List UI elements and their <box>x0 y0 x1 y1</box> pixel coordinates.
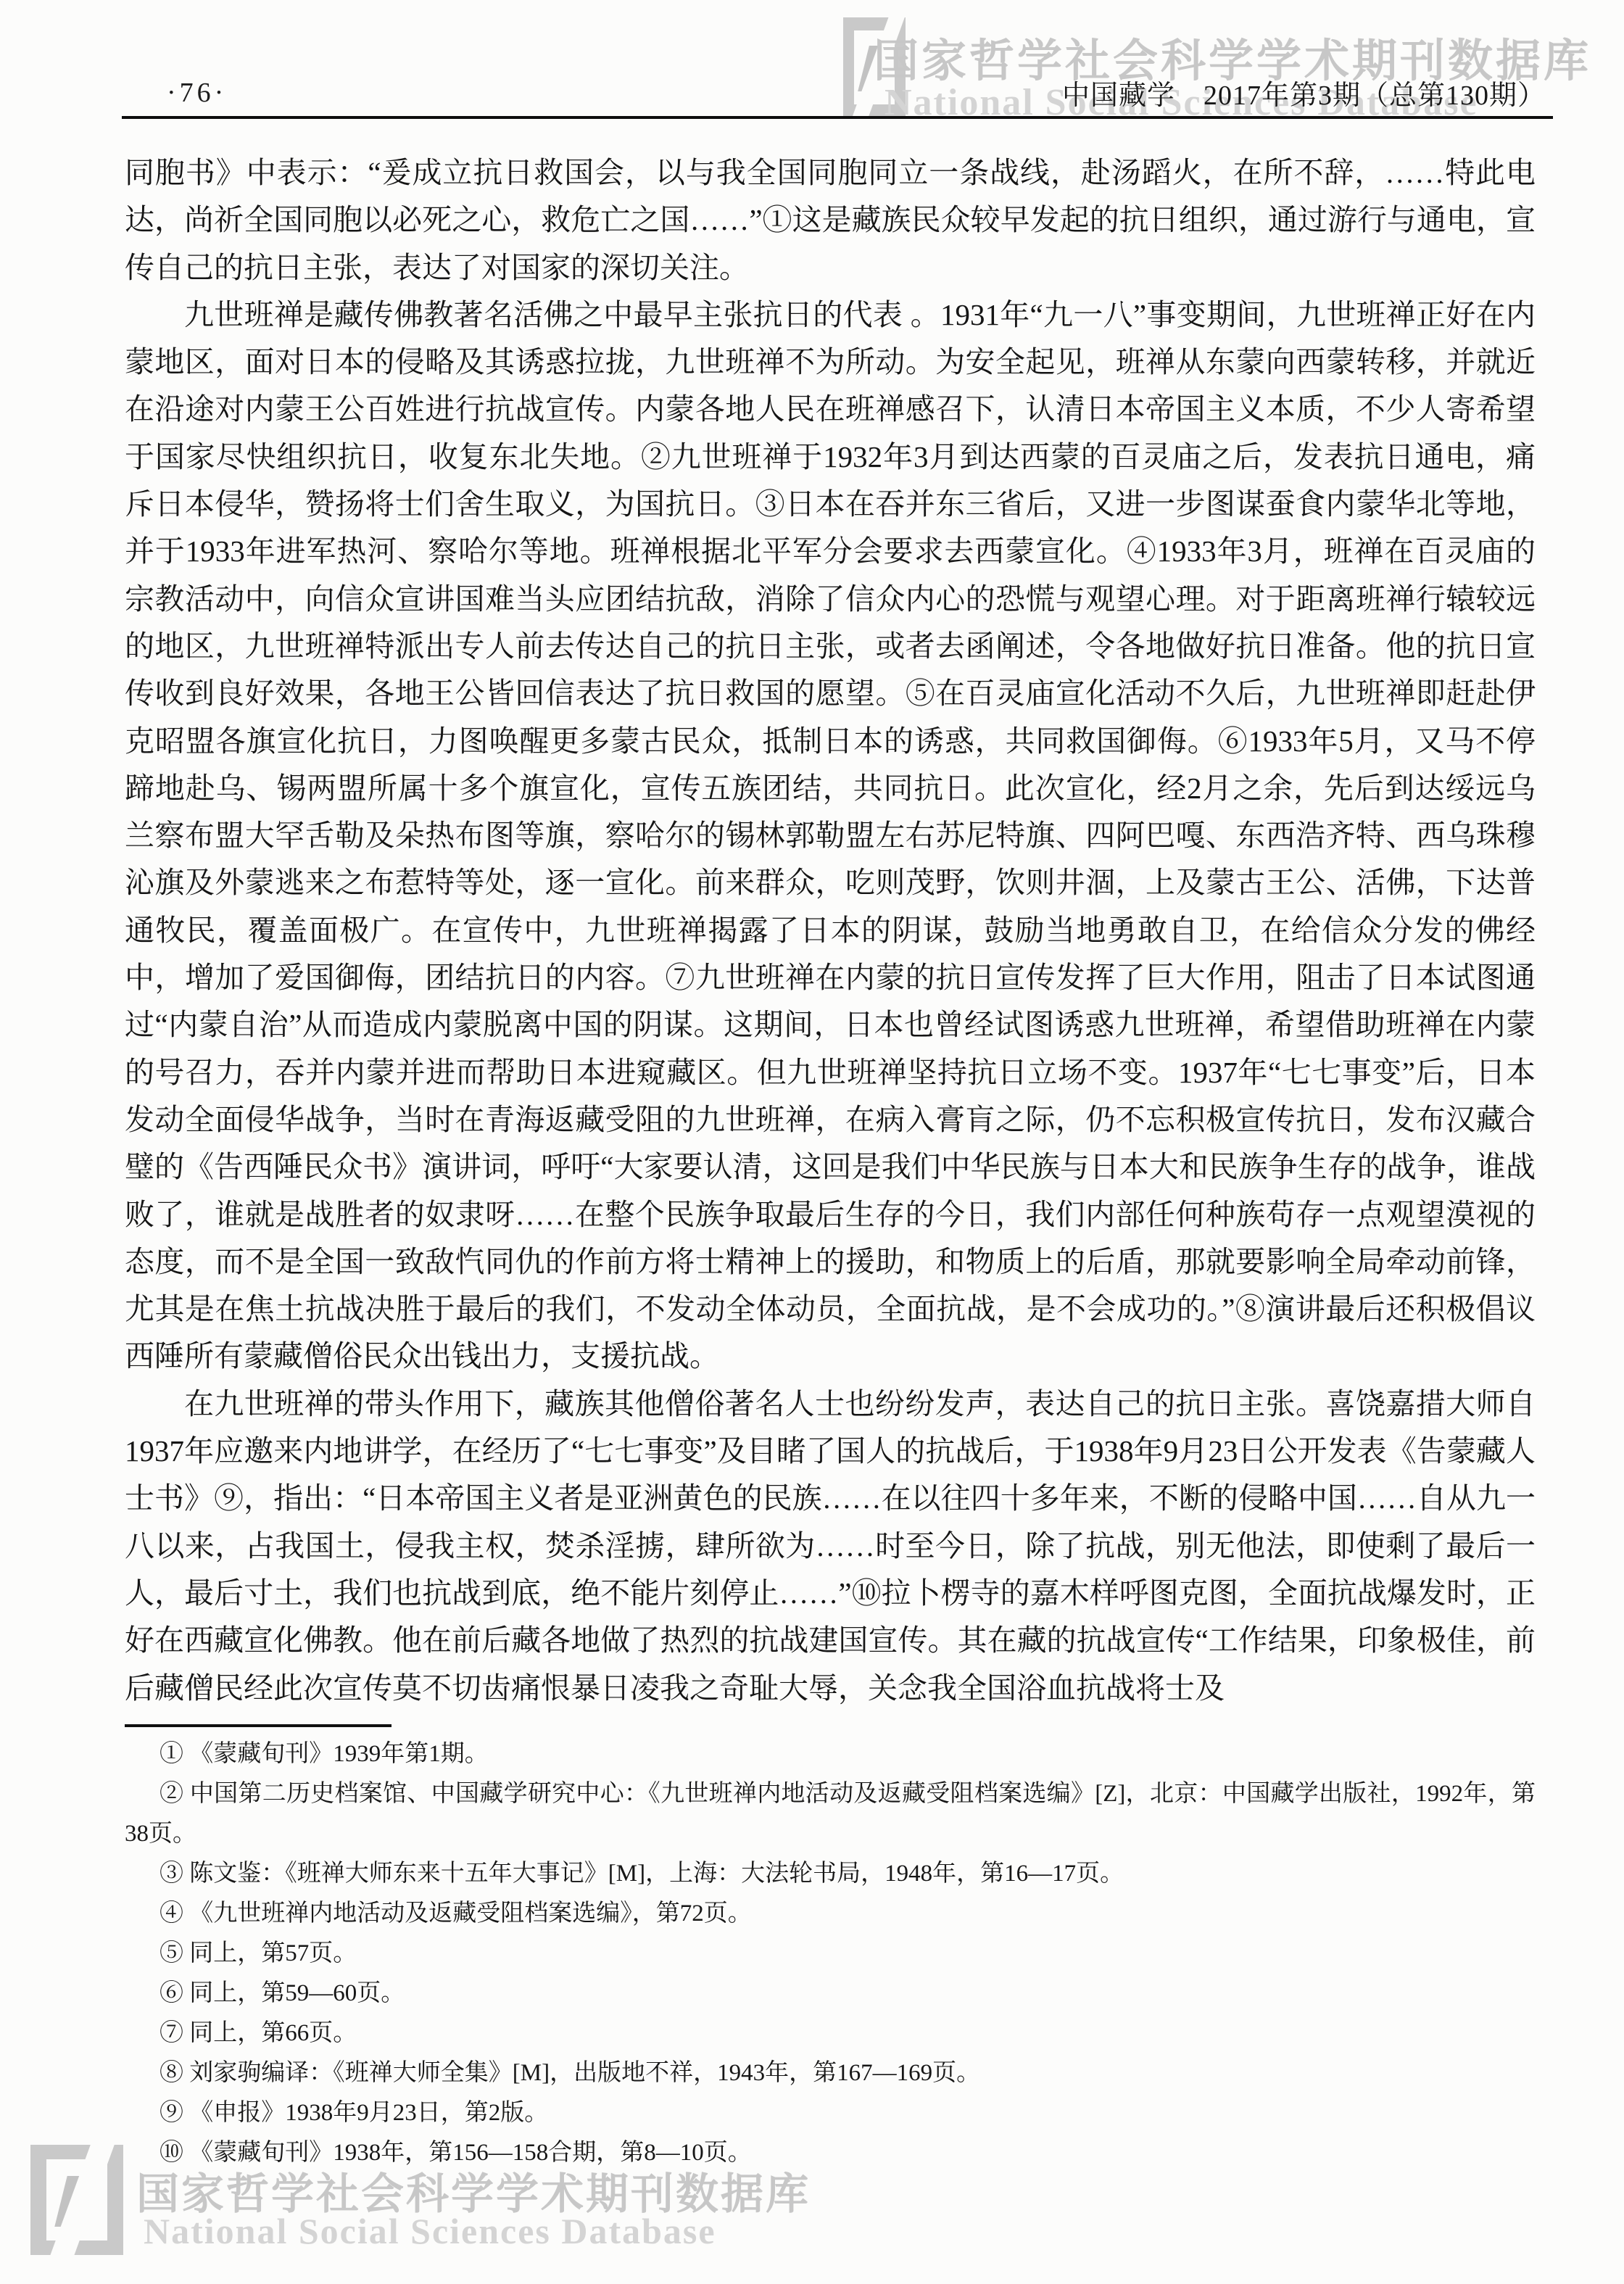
article-body: 同胞书》中表示：“爰成立抗日救国会，以与我全国同胞同立一条战线，赴汤蹈火，在所不… <box>125 149 1536 1712</box>
footnote-item: ⑩ 《蒙藏旬刊》1938年，第156—158合期，第8—10页。 <box>125 2133 1536 2173</box>
footnote-list: ① 《蒙藏旬刊》1939年第1期。② 中国第二历史档案馆、中国藏学研究中心：《九… <box>125 1734 1536 2173</box>
footnote-separator <box>125 1724 391 1727</box>
page-number: ·76· <box>167 77 227 109</box>
footnote-item: ② 中国第二历史档案馆、中国藏学研究中心：《九世班禅内地活动及返藏受阻档案选编》… <box>125 1774 1536 1854</box>
watermark-en-bottom: National Social Sciences Database <box>144 2210 716 2252</box>
footnote-item: ⑦ 同上，第66页。 <box>125 2014 1536 2053</box>
footnote-item: ③ 陈文鉴：《班禅大师东来十五年大事记》[M]，上海：大法轮书局，1948年，第… <box>125 1854 1536 1894</box>
footnote-item: ⑥ 同上，第59—60页。 <box>125 1974 1536 2014</box>
journal-issue-line: 中国藏学 2017年第3期（总第130期） <box>1062 73 1546 112</box>
footnote-item: ④ 《九世班禅内地活动及返藏受阻档案选编》，第72页。 <box>125 1894 1536 1934</box>
body-paragraph: 同胞书》中表示：“爰成立抗日救国会，以与我全国同胞同立一条战线，赴汤蹈火，在所不… <box>125 149 1536 291</box>
nssd-logo-icon <box>30 2145 123 2255</box>
journal-page: 国家哲学社会科学学术期刊数据库 National Social Sciences… <box>0 0 1624 2284</box>
header-rule <box>122 116 1553 119</box>
footnote-item: ⑤ 同上，第57页。 <box>125 1934 1536 1974</box>
body-paragraph: 九世班禅是藏传佛教著名活佛之中最早主张抗日的代表 。1931年“九一八”事变期间… <box>125 291 1536 1381</box>
body-paragraph: 在九世班禅的带头作用下，藏族其他僧俗著名人士也纷纷发声，表达自己的抗日主张。喜饶… <box>125 1381 1536 1712</box>
footnote-item: ① 《蒙藏旬刊》1939年第1期。 <box>125 1734 1536 1774</box>
footnote-item: ⑧ 刘家驹编译：《班禅大师全集》[M]，出版地不祥，1943年，第167—169… <box>125 2053 1536 2093</box>
footnote-item: ⑨ 《申报》1938年9月23日，第2版。 <box>125 2093 1536 2133</box>
